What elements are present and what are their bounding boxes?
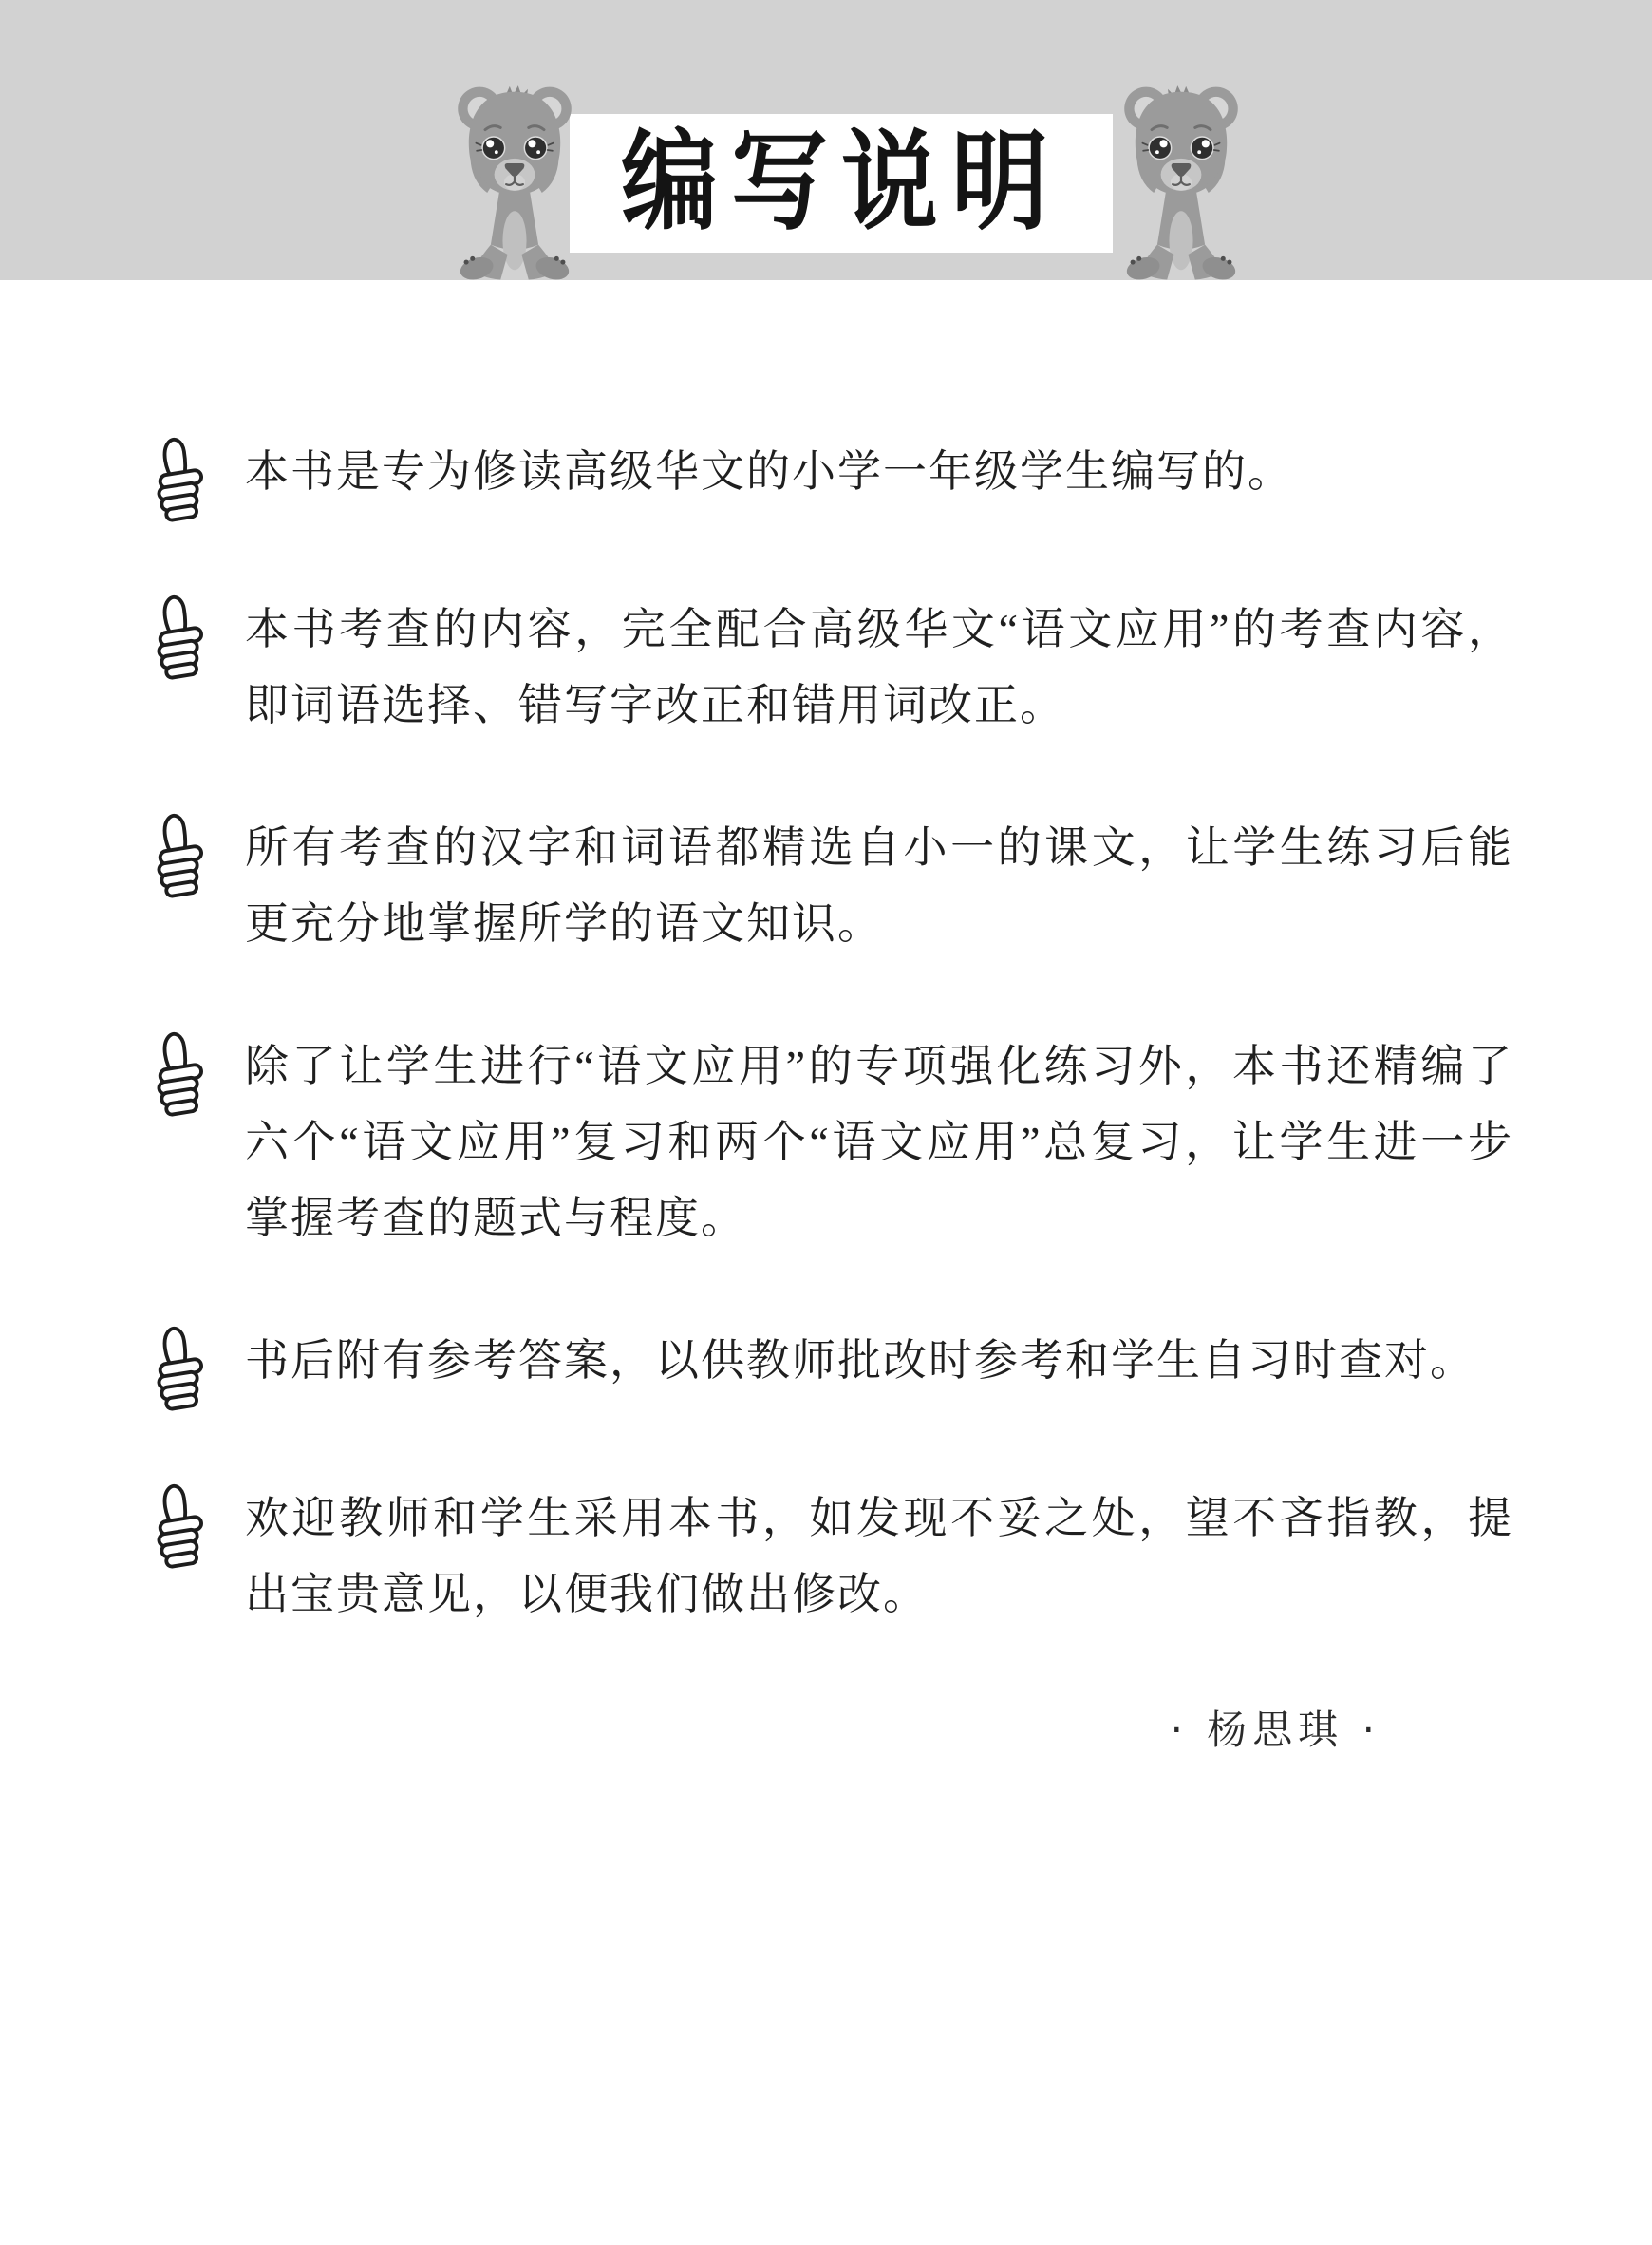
preface-content: 本书是专为修读高级华文的小学一年级学生编写的。 本书考查的内容，完全配合高级华文…	[0, 280, 1652, 1756]
thumbs-up-icon	[142, 1481, 220, 1572]
bullet-text: 本书是专为修读高级华文的小学一年级学生编写的。	[245, 434, 1513, 510]
bullet-item: 除了让学生进行“语文应用”的专项强化练习外，本书还精编了六个“语文应用”复习和两…	[142, 1028, 1513, 1256]
bullet-item: 本书是专为修读高级华文的小学一年级学生编写的。	[142, 434, 1513, 525]
book-preface-page: { "page": { "kind": "textbook-preface", …	[0, 0, 1652, 2245]
header-band: 编写说明	[0, 0, 1652, 280]
title-box: 编写说明	[570, 114, 1113, 253]
page-title: 编写说明	[621, 129, 1061, 237]
bullet-item: 本书考查的内容，完全配合高级华文“语文应用”的考查内容，即词语选择、错写字改正和…	[142, 592, 1513, 744]
bullet-text: 本书考查的内容，完全配合高级华文“语文应用”的考查内容，即词语选择、错写字改正和…	[245, 592, 1513, 744]
thumbs-up-icon	[142, 592, 220, 683]
signature-row: · 杨思琪 ·	[142, 1699, 1513, 1756]
bullet-list: 本书是专为修读高级华文的小学一年级学生编写的。 本书考查的内容，完全配合高级华文…	[142, 434, 1513, 1632]
thumbs-up-icon	[142, 1323, 220, 1414]
bullet-text: 所有考查的汉字和词语都精选自小一的课文，让学生练习后能更充分地掌握所学的语文知识…	[245, 810, 1513, 962]
bullet-text: 欢迎教师和学生采用本书，如发现不妥之处，望不吝指教，提出宝贵意见，以便我们做出修…	[245, 1481, 1513, 1632]
bullet-text: 除了让学生进行“语文应用”的专项强化练习外，本书还精编了六个“语文应用”复习和两…	[245, 1028, 1513, 1256]
bullet-item: 书后附有参考答案，以供教师批改时参考和学生自习时查对。	[142, 1323, 1513, 1414]
bullet-item: 所有考查的汉字和词语都精选自小一的课文，让学生练习后能更充分地掌握所学的语文知识…	[142, 810, 1513, 962]
thumbs-up-icon	[142, 810, 220, 901]
thumbs-up-icon	[142, 434, 220, 525]
bullet-item: 欢迎教师和学生采用本书，如发现不妥之处，望不吝指教，提出宝贵意见，以便我们做出修…	[142, 1481, 1513, 1632]
teddy-bear-mascot-right	[1109, 78, 1253, 281]
teddy-bear-mascot-left	[442, 78, 587, 281]
bullet-text: 书后附有参考答案，以供教师批改时参考和学生自习时查对。	[245, 1323, 1513, 1399]
author-signature: · 杨思琪 ·	[1171, 1707, 1380, 1753]
thumbs-up-icon	[142, 1028, 220, 1120]
